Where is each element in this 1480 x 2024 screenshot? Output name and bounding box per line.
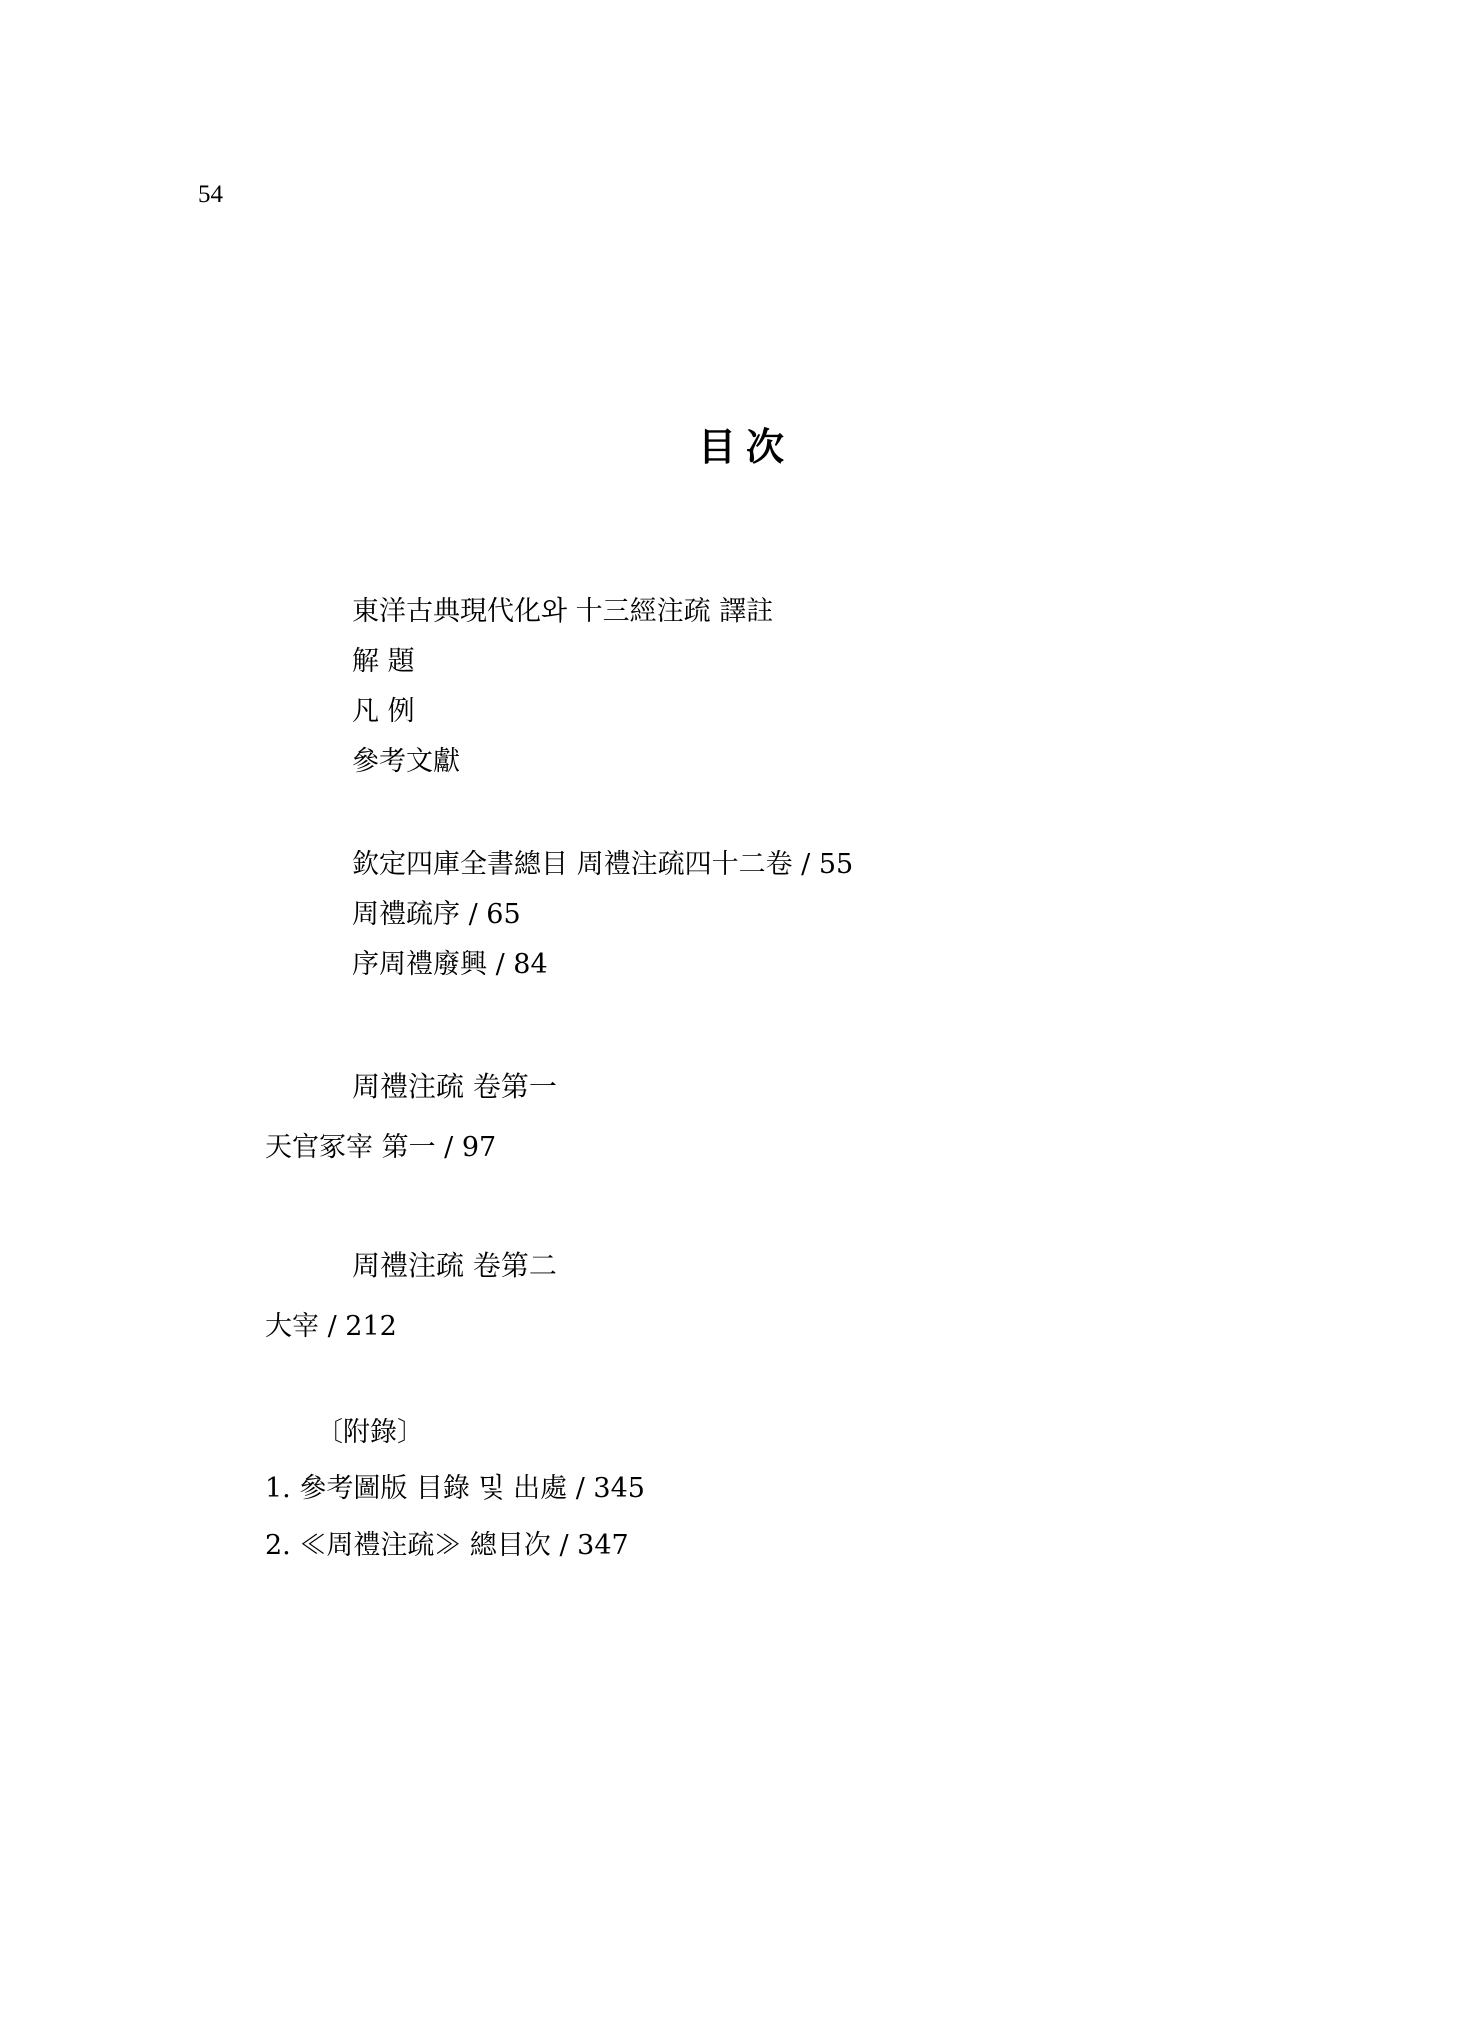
toc-entry-xu-zhouli-feixing[interactable]: 序周禮廢興 / 84 [352, 951, 548, 978]
page-number: 54 [198, 182, 223, 207]
toc-entry-tianguan[interactable]: 天官冢宰 第一 / 97 [265, 1134, 496, 1161]
appendix-heading: 〔附錄〕 [316, 1419, 424, 1446]
toc-entry-dazai[interactable]: 大宰 / 212 [265, 1313, 397, 1340]
toc-entry-references[interactable]: 參考文獻 [352, 748, 460, 775]
toc-entry-zhouli-shuxu[interactable]: 周禮疏序 / 65 [352, 901, 521, 928]
toc-entry-siku-summary[interactable]: 欽定四庫全書總目 周禮注疏四十二卷 / 55 [352, 851, 853, 878]
volume-2-heading: 周禮注疏 卷第二 [352, 1252, 557, 1280]
toc-entry-appendix-2[interactable]: 2. ≪周禮注疏≫ 總目次 / 347 [265, 1532, 629, 1559]
toc-entry-appendix-1[interactable]: 1. 參考圖版 目錄 및 出處 / 345 [265, 1475, 645, 1502]
toc-entry-haeje[interactable]: 解 題 [352, 648, 415, 675]
toc-entry-intro[interactable]: 東洋古典現代化와 十三經注疏 譯註 [352, 598, 773, 625]
toc-entry-beomrye[interactable]: 凡 例 [352, 698, 415, 725]
volume-1-heading: 周禮注疏 卷第一 [352, 1073, 557, 1101]
page-title: 目次 [698, 428, 794, 466]
